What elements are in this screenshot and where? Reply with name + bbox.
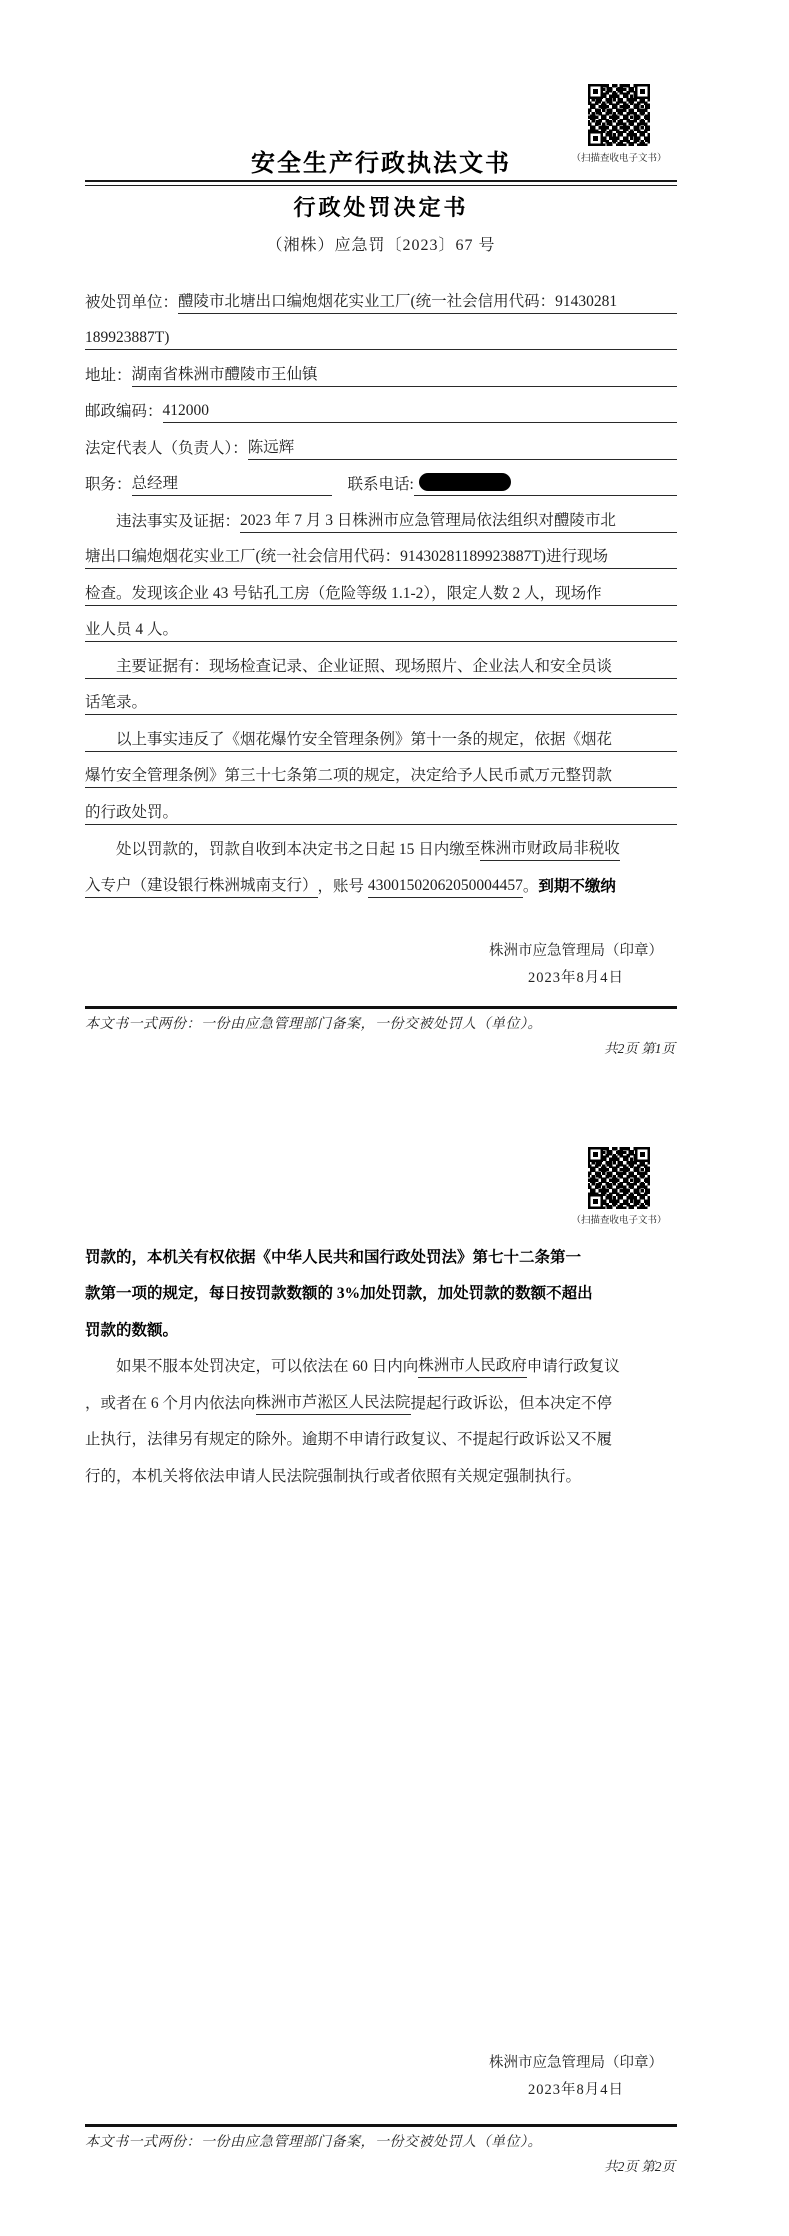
issuing-agency: 株洲市应急管理局（印章） [481, 938, 671, 965]
text-segment: 。 [523, 875, 539, 898]
page-number: 共2页 第1页 [604, 1037, 675, 1057]
page1-body: 被处罚单位：醴陵市北塘出口编炮烟花实业工厂(统一社会信用代码：914302811… [85, 277, 677, 898]
document-line: 处以罚款的，罚款自收到本决定书之日起 15 日内缴至株洲市财政局非税收 [85, 825, 677, 862]
qr-scan-hint: （扫描查收电子文书） [554, 1212, 684, 1226]
document-line: 违法事实及证据：2023 年 7 月 3 日株洲市应急管理局依法组织对醴陵市北 [85, 496, 677, 533]
qr-code-icon [588, 84, 650, 146]
footer-divider [85, 2124, 677, 2127]
document-line: 罚款的数额。 [85, 1305, 677, 1342]
text-segment: 业人员 4 人。 [85, 618, 677, 642]
text-segment: 如果不服本处罚决定，可以依法在 60 日内向 [116, 1355, 418, 1378]
document-line: 如果不服本处罚决定，可以依法在 60 日内向株洲市人民政府申请行政复议 [85, 1342, 677, 1379]
document-line: 爆竹安全管理条例》第三十七条第二项的规定，决定给予人民币贰万元整罚款 [85, 752, 677, 789]
text-segment: 地址： [85, 364, 132, 387]
document-line: 邮政编码：412000 [85, 387, 677, 424]
text-segment: 爆竹安全管理条例》第三十七条第二项的规定，决定给予人民币贰万元整罚款 [85, 764, 677, 788]
document-line: 法定代表人（负责人）：陈远辉 [85, 423, 677, 460]
text-segment: 主要证据有：现场检查记录、企业证照、现场照片、企业法人和安全员谈 [85, 655, 677, 679]
text-segment: 法定代表人（负责人）： [85, 437, 248, 460]
text-segment: 43001502062050004457 [368, 874, 523, 898]
qr-finder-icon [588, 1147, 603, 1162]
text-segment: 2023 年 7 月 3 日株洲市应急管理局依法组织对醴陵市北 [240, 509, 677, 533]
signature-block: 株洲市应急管理局（印章） 2023年8月4日 [481, 938, 671, 992]
text-segment: 被处罚单位： [85, 291, 178, 314]
qr-finder-icon [588, 1194, 603, 1209]
penalty-decision-document: （扫描查收电子文书） 安全生产行政执法文书 行政处罚决定书 （湘株）应急罚〔20… [0, 0, 789, 2236]
document-line: 的行政处罚。 [85, 788, 677, 825]
text-segment: 株洲市财政局非税收 [480, 837, 620, 861]
text-segment: 话笔录。 [85, 691, 677, 715]
page-number: 共2页 第2页 [604, 2155, 675, 2175]
document-line: 入专户（建设银行株洲城南支行），账号 43001502062050004457。… [85, 861, 677, 898]
page-title: 行政处罚决定书 [85, 191, 677, 222]
document-line: 塘出口编炮烟花实业工厂(统一社会信用代码：91430281189923887T)… [85, 533, 677, 570]
text-segment: 申请行政复议 [527, 1355, 620, 1378]
redaction-mark [419, 473, 511, 491]
document-line: 款第一项的规定，每日按罚款数额的 3%加处罚款，加处罚款的数额不超出 [85, 1269, 677, 1306]
text-segment: 总经理 [132, 472, 332, 496]
document-line: 行的，本机关将依法申请人民法院强制执行或者依照有关规定强制执行。 [85, 1451, 677, 1488]
text-segment: 412000 [163, 399, 677, 423]
qr-finder-icon [635, 84, 650, 99]
text-segment: 株洲市芦淞区人民法院 [256, 1391, 411, 1415]
signature-block: 株洲市应急管理局（印章） 2023年8月4日 [481, 2050, 671, 2104]
field-value-redacted [414, 472, 677, 496]
issue-date: 2023年8月4日 [481, 965, 671, 992]
text-segment: 醴陵市北塘出口编炮烟花实业工厂(统一社会信用代码：91430281 [178, 290, 677, 314]
text-segment: 提起行政诉讼，但本决定不停 [411, 1392, 613, 1415]
document-line: 被处罚单位：醴陵市北塘出口编炮烟花实业工厂(统一社会信用代码：91430281 [85, 277, 677, 314]
qr-code-icon [588, 1147, 650, 1209]
text-segment: 189923887T) [85, 326, 677, 350]
issue-date: 2023年8月4日 [481, 2077, 671, 2104]
document-line: 职务：总经理联系电话: [85, 460, 677, 497]
text-segment: 湖南省株洲市醴陵市王仙镇 [132, 363, 677, 387]
text-segment: 处以罚款的，罚款自收到本决定书之日起 15 日内缴至 [116, 838, 480, 861]
text-segment: 邮政编码： [85, 400, 163, 423]
document-line: 止执行，法律另有规定的除外。逾期不申请行政复议、不提起行政诉讼又不履 [85, 1415, 677, 1452]
footer-note: 本文书一式两份：一份由应急管理部门备案，一份交被处罚人（单位）。 [85, 2131, 542, 2151]
document-line: 罚款的，本机关有权依据《中华人民共和国行政处罚法》第七十二条第一 [85, 1232, 677, 1269]
footer-divider [85, 1006, 677, 1009]
document-line: 189923887T) [85, 314, 677, 351]
footer-note: 本文书一式两份：一份由应急管理部门备案，一份交被处罚人（单位）。 [85, 1013, 542, 1033]
text-segment: 入专户（建设银行株洲城南支行） [85, 874, 318, 898]
text-segment: 塘出口编炮烟花实业工厂(统一社会信用代码：91430281189923887T)… [85, 545, 677, 569]
document-line: 以上事实违反了《烟花爆竹安全管理条例》第十一条的规定，依据《烟花 [85, 715, 677, 752]
document-line: 业人员 4 人。 [85, 606, 677, 643]
text-segment: 到期不缴纳 [538, 875, 616, 898]
text-segment: 检查。发现该企业 43 号钻孔工房（危险等级 1.1-2），限定人数 2 人，现… [85, 582, 677, 606]
document-line: 检查。发现该企业 43 号钻孔工房（危险等级 1.1-2），限定人数 2 人，现… [85, 569, 677, 606]
text-segment: 陈远辉 [248, 436, 677, 460]
text-segment: 株洲市人民政府 [418, 1354, 527, 1378]
qr-finder-icon [588, 84, 603, 99]
qr-finder-icon [635, 1147, 650, 1162]
document-number: （湘株）应急罚〔2023〕67 号 [85, 232, 677, 255]
text-segment: 联系电话: [348, 473, 414, 496]
text-segment: 止执行，法律另有规定的除外。逾期不申请行政复议、不提起行政诉讼又不履 [85, 1428, 612, 1451]
header-divider [85, 180, 677, 186]
text-segment: 罚款的数额。 [85, 1319, 178, 1342]
document-category-title: 安全生产行政执法文书 [85, 143, 677, 178]
text-segment: 违法事实及证据： [116, 510, 240, 533]
text-segment: 职务： [85, 473, 132, 496]
text-segment: 款第一项的规定，每日按罚款数额的 3%加处罚款，加处罚款的数额不超出 [85, 1282, 593, 1305]
text-segment: 以上事实违反了《烟花爆竹安全管理条例》第十一条的规定，依据《烟花 [85, 728, 677, 752]
text-segment: 的行政处罚。 [85, 801, 677, 825]
text-segment: ，或者在 6 个月内依法向 [85, 1392, 256, 1415]
document-line: 主要证据有：现场检查记录、企业证照、现场照片、企业法人和安全员谈 [85, 642, 677, 679]
text-segment: ，账号 [318, 875, 368, 898]
document-line: 话笔录。 [85, 679, 677, 716]
issuing-agency: 株洲市应急管理局（印章） [481, 2050, 671, 2077]
document-line: 地址：湖南省株洲市醴陵市王仙镇 [85, 350, 677, 387]
text-segment: 罚款的，本机关有权依据《中华人民共和国行政处罚法》第七十二条第一 [85, 1246, 581, 1269]
text-segment: 行的，本机关将依法申请人民法院强制执行或者依照有关规定强制执行。 [85, 1465, 581, 1488]
document-line: ，或者在 6 个月内依法向株洲市芦淞区人民法院提起行政诉讼，但本决定不停 [85, 1378, 677, 1415]
page2-body: 罚款的，本机关有权依据《中华人民共和国行政处罚法》第七十二条第一款第一项的规定，… [85, 1232, 677, 1488]
